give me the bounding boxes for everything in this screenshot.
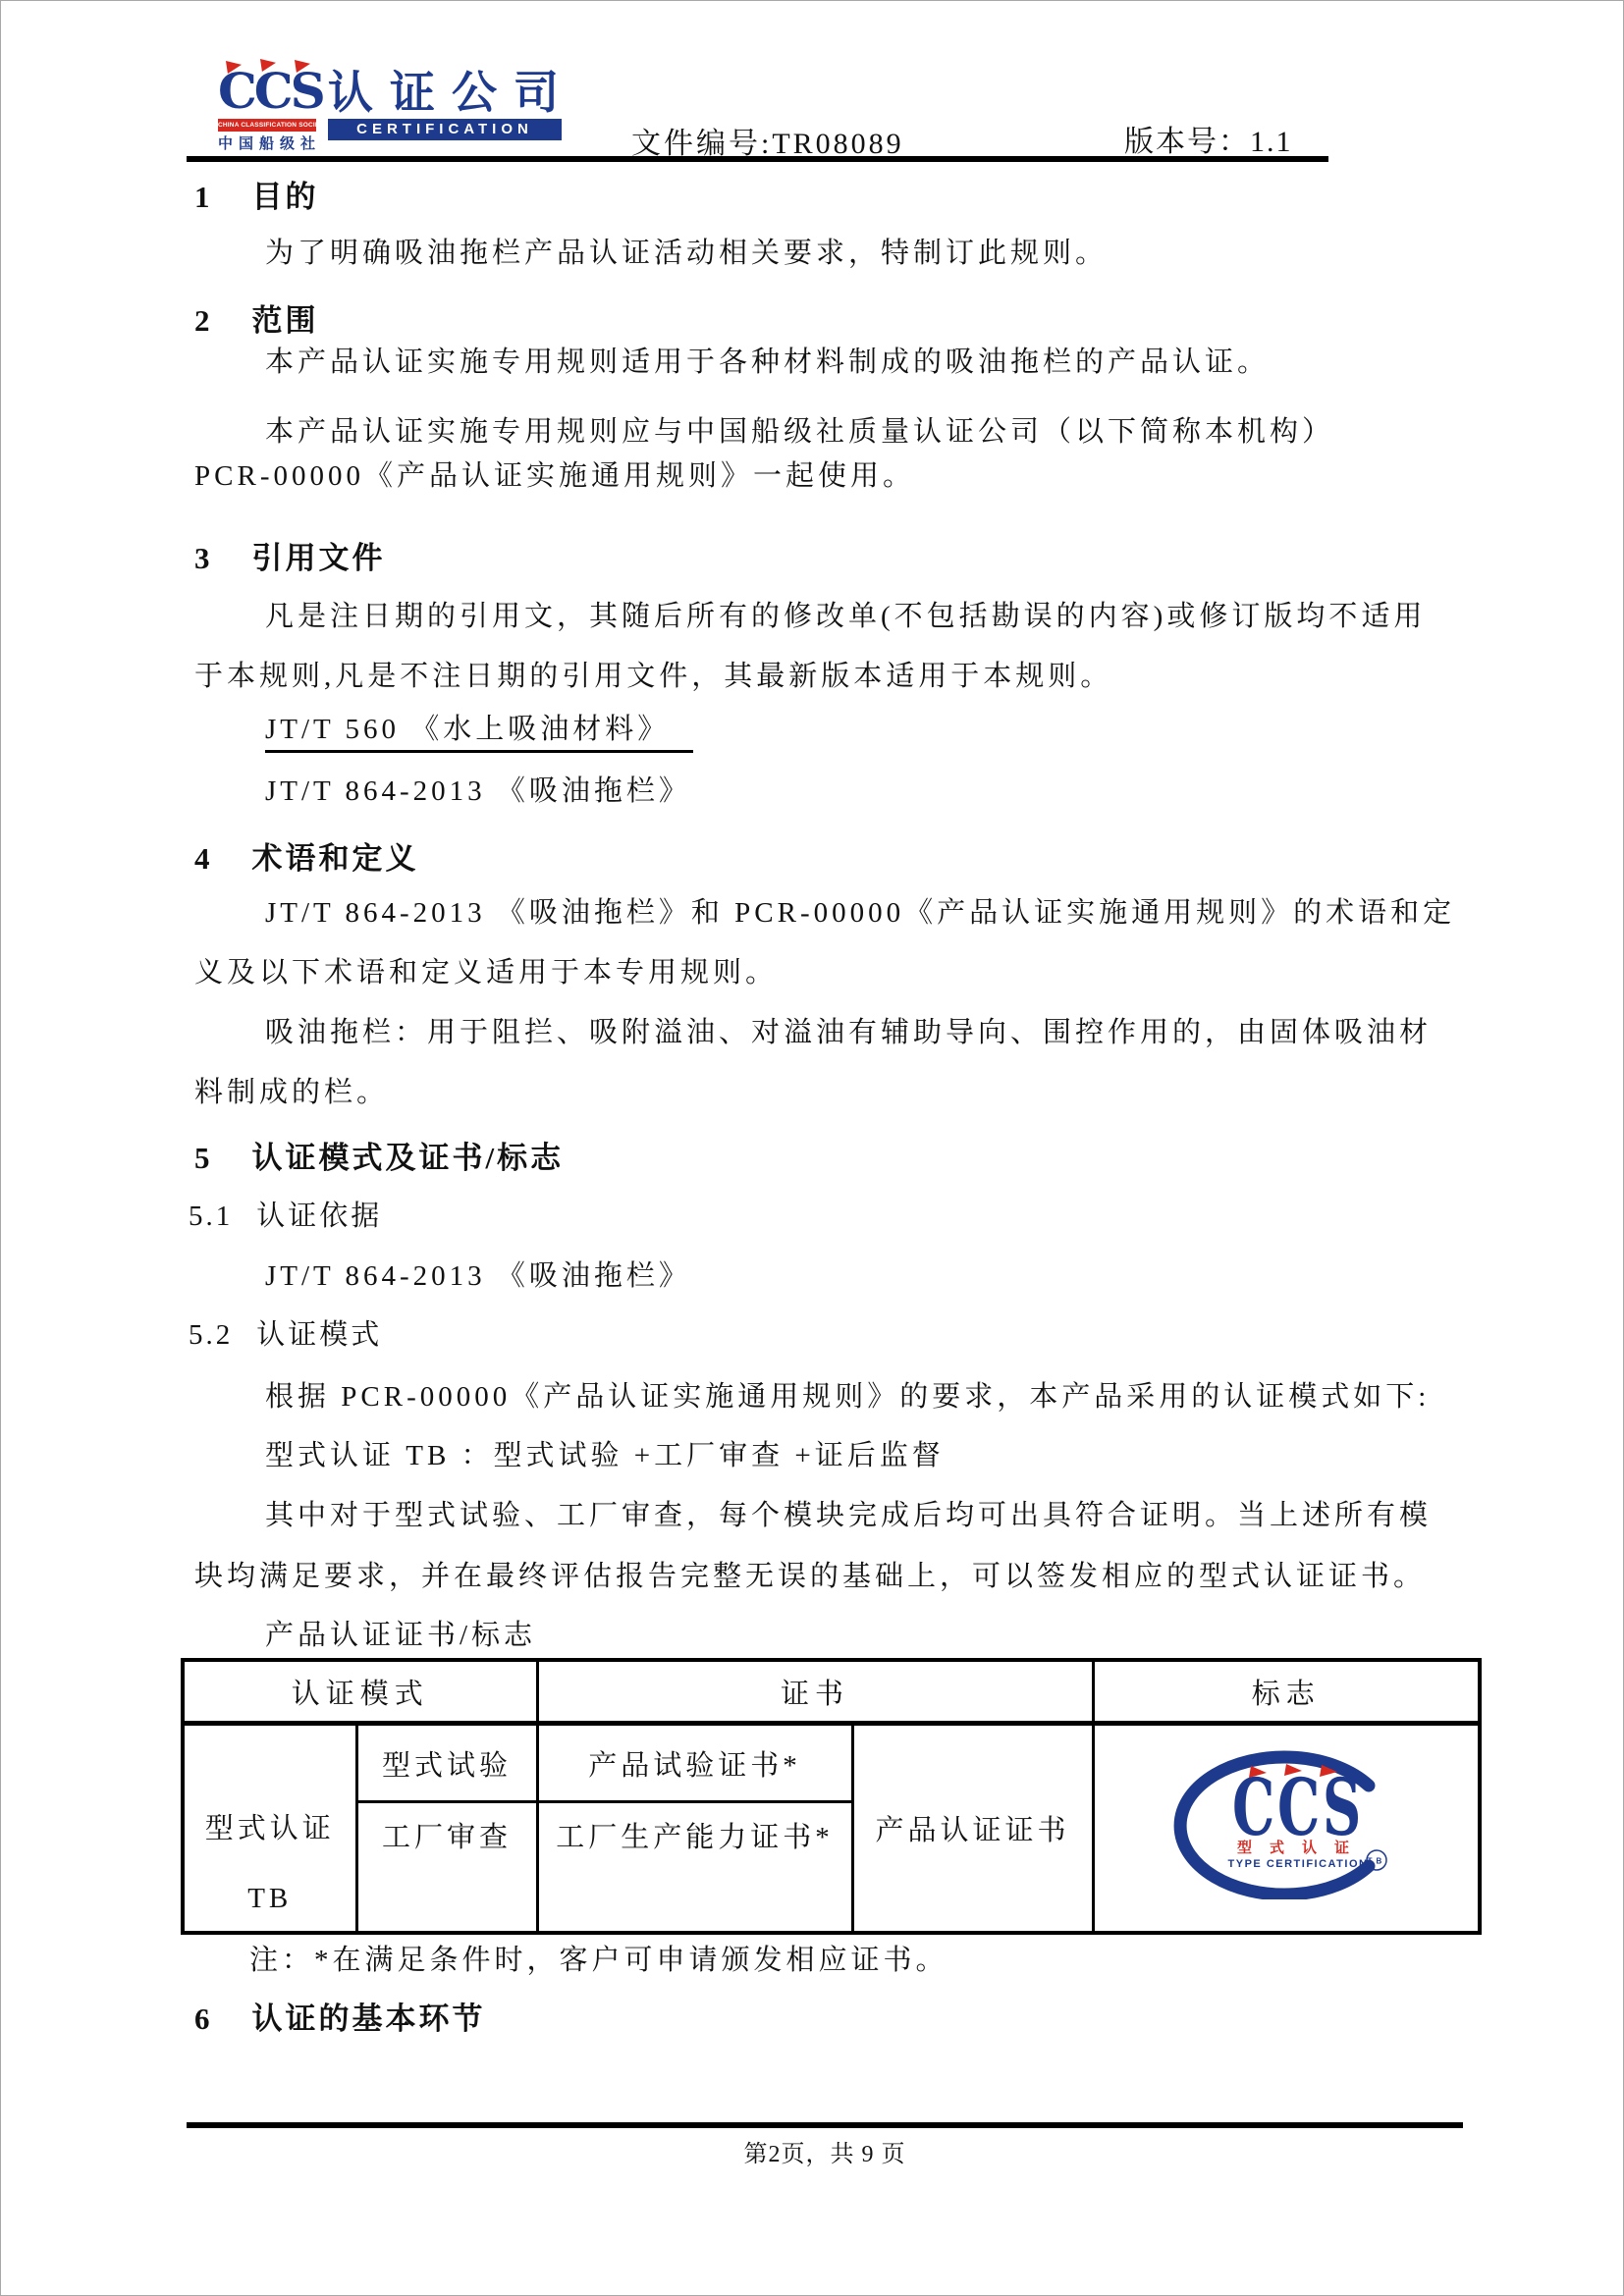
subsection-title: 认证依据	[256, 1200, 382, 1233]
certification-mode-table: 认证模式 证书 标志 型式认证 TB 型式试验 产品试验证书* 产品认证证书 C…	[181, 1658, 1482, 1935]
mark-en-text: TYPE CERTIFICATION	[1227, 1858, 1368, 1870]
table-note: 注：*在满足条件时，客户可申请颁发相应证书。	[249, 1944, 948, 1977]
section-heading-4: 4 术语和定义	[194, 841, 419, 877]
ccs-logo-text: CCS	[218, 67, 323, 116]
section-number: 2	[194, 303, 213, 339]
subsection-heading-5-2: 5.2 认证模式	[189, 1318, 382, 1352]
paragraph-line: JT/T 864-2013 《吸油拖栏》	[265, 1259, 691, 1293]
paragraph-line: PCR-00000《产品认证实施通用规则》一起使用。	[194, 459, 915, 493]
paragraph-line: 凡是注日期的引用文，其随后所有的修改单(不包括勘误的内容)或修订版均不适用	[265, 600, 1426, 633]
section-title: 目的	[252, 180, 319, 215]
cert-cell: 工厂生产能力证书*	[537, 1802, 852, 1934]
ccs-type-certification-mark: CCS 型式认证 TYPE CERTIFICATION TB	[1172, 1750, 1400, 1899]
logo-society-cn: 中国船级社	[218, 133, 320, 153]
paragraph-line: 型式认证 TB ：型式试验 +工厂审查 +证后监督	[265, 1439, 945, 1472]
col-header-mark: 标志	[1093, 1660, 1480, 1724]
ccs-certification-logo: CCS CHINA CLASSIFICATION SOCIETY 中国船级社 认…	[218, 59, 571, 157]
section-number: 6	[194, 2002, 213, 2037]
section-heading-2: 2 范围	[194, 303, 319, 339]
paragraph-line: 于本规则,凡是不注日期的引用文件，其最新版本适用于本规则。	[194, 660, 1112, 693]
section-title: 认证模式及证书/标志	[252, 1141, 565, 1176]
version-number: 版本号：1.1	[1124, 117, 1293, 160]
reference-line: JT/T 864-2013 《吸油拖栏》	[265, 774, 691, 808]
module-cell: 工厂审查	[356, 1802, 537, 1934]
subsection-number: 5.2	[189, 1318, 233, 1352]
paragraph-line: JT/T 864-2013 《吸油拖栏》和 PCR-00000《产品认证实施通用…	[265, 896, 1455, 930]
paragraph-line: 产品认证证书/标志	[265, 1619, 536, 1652]
mode-cell: 型式认证 TB	[183, 1724, 356, 1934]
section-title: 引用文件	[252, 541, 386, 576]
paragraph-line: 本产品认证实施专用规则适用于各种材料制成的吸油拖栏的产品认证。	[265, 346, 1270, 379]
subsection-heading-5-1: 5.1 认证依据	[189, 1200, 382, 1233]
logo-society-banner: CHINA CLASSIFICATION SOCIETY	[218, 119, 316, 132]
subsection-title: 认证模式	[256, 1318, 382, 1352]
section-heading-1: 1 目的	[194, 180, 319, 215]
mode-code: TB	[247, 1883, 292, 1915]
header-divider	[187, 156, 1328, 162]
section-heading-3: 3 引用文件	[194, 541, 386, 576]
paragraph-line: 块均满足要求，并在最终评估报告完整无误的基础上，可以签发相应的型式认证证书。	[194, 1560, 1426, 1593]
paragraph-line: 为了明确吸油拖栏产品认证活动相关要求，特制订此规则。	[265, 237, 1108, 270]
paragraph-line: 义及以下术语和定义适用于本专用规则。	[194, 956, 778, 989]
section-title: 范围	[252, 303, 319, 339]
section-number: 4	[194, 841, 213, 877]
section-number: 5	[194, 1141, 213, 1176]
table-header-row: 认证模式 证书 标志	[183, 1660, 1480, 1724]
logo-certification-banner: CERTIFICATION	[328, 119, 562, 140]
section-title: 术语和定义	[252, 841, 419, 877]
underlined-reference: JT/T 560 《水上吸油材料》	[265, 713, 693, 753]
paragraph-line: 吸油拖栏：用于阻拦、吸附溢油、对溢油有辅助导向、围控作用的，由固体吸油材	[265, 1016, 1432, 1049]
subsection-number: 5.1	[189, 1200, 233, 1233]
paragraph-line: 根据 PCR-00000《产品认证实施通用规则》的要求，本产品采用的认证模式如下…	[265, 1380, 1430, 1414]
section-heading-6: 6 认证的基本环节	[194, 2002, 486, 2037]
tb-circle-text: TB	[1367, 1856, 1385, 1865]
col-header-cert: 证书	[537, 1660, 1093, 1724]
table-row: 型式认证 TB 型式试验 产品试验证书* 产品认证证书 CCS 型式认证 TYP…	[183, 1724, 1480, 1802]
mark-cn-text: 型式认证	[1237, 1839, 1367, 1856]
page-number: 第2页，共 9 页	[187, 2134, 1463, 2168]
paragraph-line: 本产品认证实施专用规则应与中国船级社质量认证公司（以下简称本机构）	[265, 415, 1334, 449]
logo-company-cn: 认证公司	[328, 71, 573, 116]
section-number: 1	[194, 180, 213, 215]
section-title: 认证的基本环节	[252, 2002, 486, 2037]
section-heading-5: 5 认证模式及证书/标志	[194, 1141, 564, 1176]
mode-name: 型式认证	[205, 1806, 335, 1846]
cert-cell: 产品试验证书*	[537, 1724, 852, 1802]
merged-cert-cell: 产品认证证书	[852, 1724, 1093, 1934]
paragraph-line: 其中对于型式试验、工厂审查，每个模块完成后均可出具符合证明。当上述所有模	[265, 1499, 1432, 1532]
paragraph-line: 料制成的栏。	[194, 1076, 389, 1109]
footer-divider	[187, 2122, 1463, 2128]
module-cell: 型式试验	[356, 1724, 537, 1802]
section-number: 3	[194, 541, 213, 576]
col-header-mode: 认证模式	[183, 1660, 537, 1724]
document-page: CCS CHINA CLASSIFICATION SOCIETY 中国船级社 认…	[0, 0, 1624, 2296]
reference-line: JT/T 560 《水上吸油材料》	[265, 713, 693, 753]
mark-cell: CCS 型式认证 TYPE CERTIFICATION TB	[1093, 1724, 1480, 1934]
